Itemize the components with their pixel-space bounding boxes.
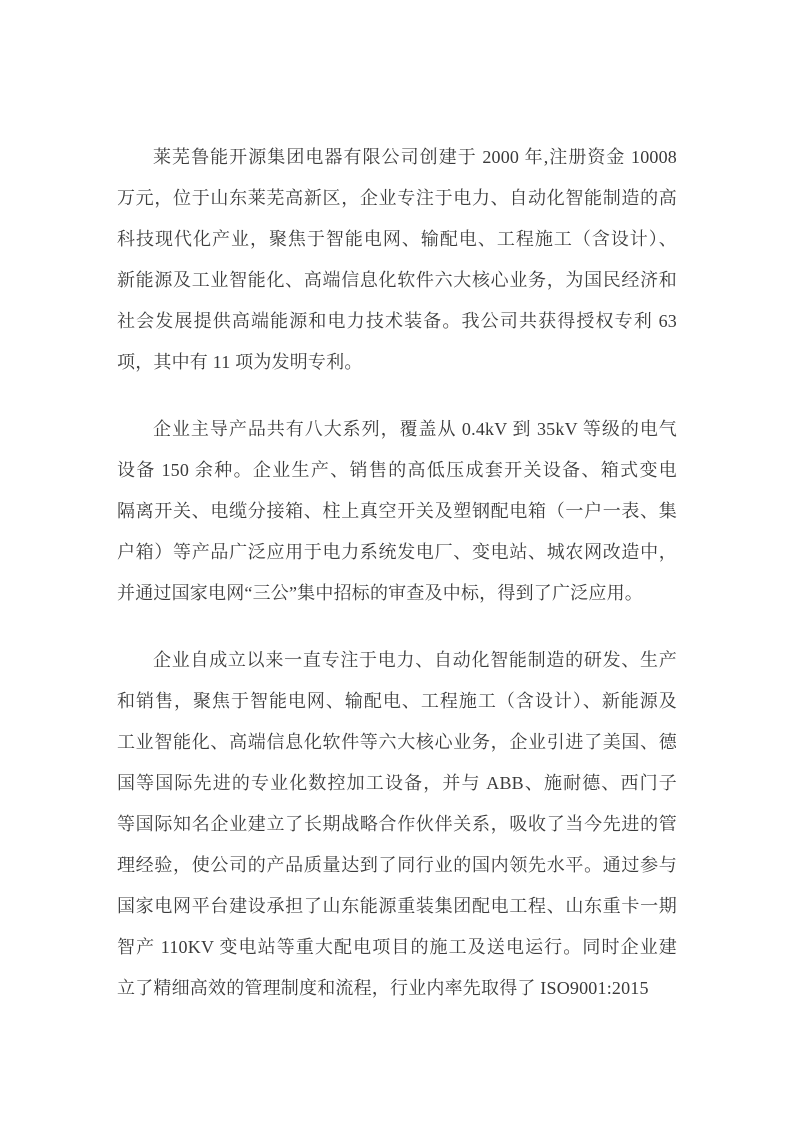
text-line: 新能源及工业智能化、高端信息化软件六大核心业务，为国民经济和: [117, 260, 677, 301]
paragraph: 企业自成立以来一直专注于电力、自动化智能制造的研发、生产和销售，聚焦于智能电网、…: [117, 640, 677, 1009]
text-line: 国家电网平台建设承担了山东能源重装集团配电工程、山东重卡一期: [117, 886, 677, 927]
text-line: 立了精细高效的管理制度和流程，行业内率先取得了 ISO9001:2015: [117, 968, 677, 1009]
text-line: 万元，位于山东莱芜高新区，企业专注于电力、自动化智能制造的高: [117, 178, 677, 219]
text-line: 莱芜鲁能开源集团电器有限公司创建于 2000 年,注册资金 10008: [117, 137, 677, 178]
text-line: 隔离开关、电缆分接箱、柱上真空开关及塑钢配电箱（一户一表、集: [117, 491, 677, 532]
text-line: 并通过国家电网“三公”集中招标的审查及中标，得到了广泛应用。: [117, 573, 677, 614]
text-line: 户箱）等产品广泛应用于电力系统发电厂、变电站、城农网改造中，: [117, 532, 677, 573]
text-line: 社会发展提供高端能源和电力技术装备。我公司共获得授权专利 63: [117, 301, 677, 342]
document-page: 莱芜鲁能开源集团电器有限公司创建于 2000 年,注册资金 10008万元，位于…: [0, 0, 794, 1123]
text-line: 设备 150 余种。企业生产、销售的高低压成套开关设备、箱式变电站、: [117, 450, 677, 491]
text-line: 国等国际先进的专业化数控加工设备，并与 ABB、施耐德、西门子: [117, 763, 677, 804]
text-line: 科技现代化产业，聚焦于智能电网、输配电、工程施工（含设计）、: [117, 219, 677, 260]
text-line: 和销售，聚焦于智能电网、输配电、工程施工（含设计）、新能源及: [117, 681, 677, 722]
paragraph: 莱芜鲁能开源集团电器有限公司创建于 2000 年,注册资金 10008万元，位于…: [117, 137, 677, 383]
text-line: 工业智能化、高端信息化软件等六大核心业务，企业引进了美国、德: [117, 722, 677, 763]
paragraph: 企业主导产品共有八大系列，覆盖从 0.4kV 到 35kV 等级的电气设备 15…: [117, 409, 677, 614]
text-line: 理经验，使公司的产品质量达到了同行业的国内领先水平。通过参与: [117, 845, 677, 886]
text-line: 企业自成立以来一直专注于电力、自动化智能制造的研发、生产: [117, 640, 677, 681]
text-line: 等国际知名企业建立了长期战略合作伙伴关系，吸收了当今先进的管: [117, 804, 677, 845]
text-line: 智产 110KV 变电站等重大配电项目的施工及送电运行。同时企业建: [117, 927, 677, 968]
text-line: 企业主导产品共有八大系列，覆盖从 0.4kV 到 35kV 等级的电气: [117, 409, 677, 450]
text-line: 项，其中有 11 项为发明专利。: [117, 342, 677, 383]
document-body: 莱芜鲁能开源集团电器有限公司创建于 2000 年,注册资金 10008万元，位于…: [117, 137, 677, 1009]
